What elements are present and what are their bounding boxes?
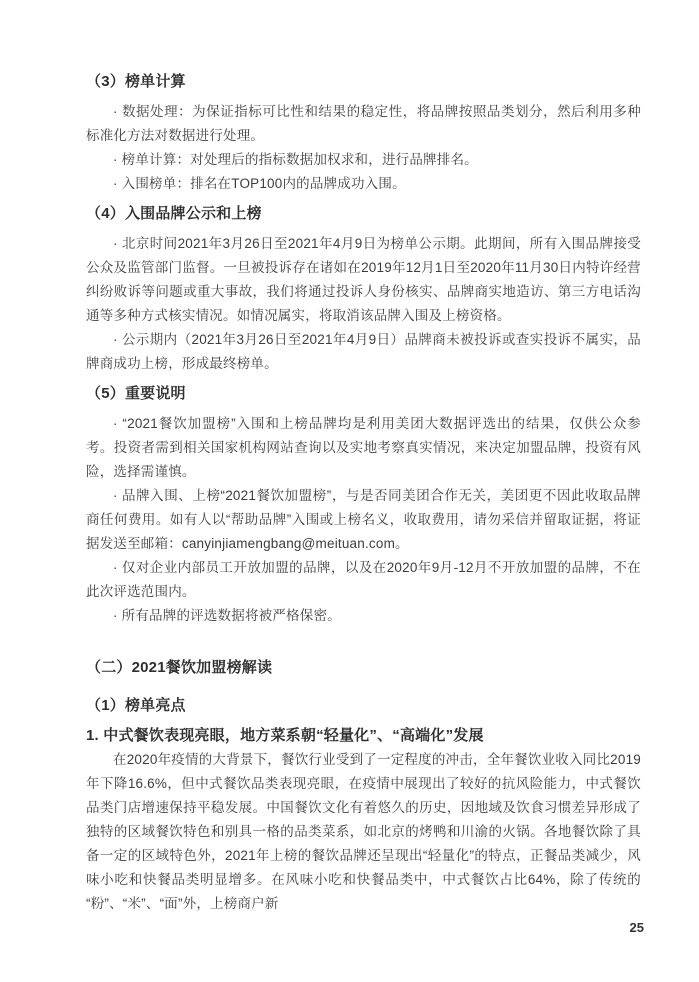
paragraph-chinese-cuisine-analysis: 在2020年疫情的大背景下，餐饮行业受到了一定程度的冲击，全年餐饮业收入同比20… xyxy=(86,748,641,916)
bullet-bigdata-disclaimer: · “2021餐饮加盟榜”入围和上榜品牌均是利用美团大数据评选出的结果，仅供公众… xyxy=(86,412,641,484)
heading-list-calculation: （3）榜单计算 xyxy=(86,70,641,94)
page-number: 25 xyxy=(630,920,644,935)
heading-section-interpretation: （二）2021餐饮加盟榜解读 xyxy=(86,656,641,680)
bullet-no-fees-email: · 品牌入围、上榜“2021餐饮加盟榜”，与是否同美团合作无关，美团更不因此收取… xyxy=(86,484,641,556)
bullet-final-list: · 公示期内（2021年3月26日至2021年4月9日）品牌商未被投诉或查实投诉… xyxy=(86,328,641,376)
heading-list-highlights: （1）榜单亮点 xyxy=(86,694,641,718)
bullet-data-processing: · 数据处理：为保证指标可比性和结果的稳定性，将品牌按照品类划分，然后利用多种标… xyxy=(86,100,641,148)
heading-shortlist-publicity: （4）入围品牌公示和上榜 xyxy=(86,202,641,226)
document-page: （3）榜单计算 · 数据处理：为保证指标可比性和结果的稳定性，将品牌按照品类划分… xyxy=(0,0,699,982)
heading-chinese-cuisine-trend: 1. 中式餐饮表现亮眼，地方菜系朝“轻量化”、“高端化”发展 xyxy=(86,724,641,748)
bullet-publicity-period: · 北京时间2021年3月26日至2021年4月9日为榜单公示期。此期间，所有入… xyxy=(86,232,641,328)
heading-important-notes: （5）重要说明 xyxy=(86,382,641,406)
document-content: （3）榜单计算 · 数据处理：为保证指标可比性和结果的稳定性，将品牌按照品类划分… xyxy=(86,70,641,916)
bullet-data-confidentiality: · 所有品牌的评选数据将被严格保密。 xyxy=(86,604,641,628)
bullet-scope-exclusion: · 仅对企业内部员工开放加盟的品牌，以及在2020年9月-12月不开放加盟的品牌… xyxy=(86,556,641,604)
bullet-list-calculation: · 榜单计算：对处理后的指标数据加权求和，进行品牌排名。 xyxy=(86,148,641,172)
bullet-shortlist-top100: · 入围榜单：排名在TOP100内的品牌成功入围。 xyxy=(86,172,641,196)
